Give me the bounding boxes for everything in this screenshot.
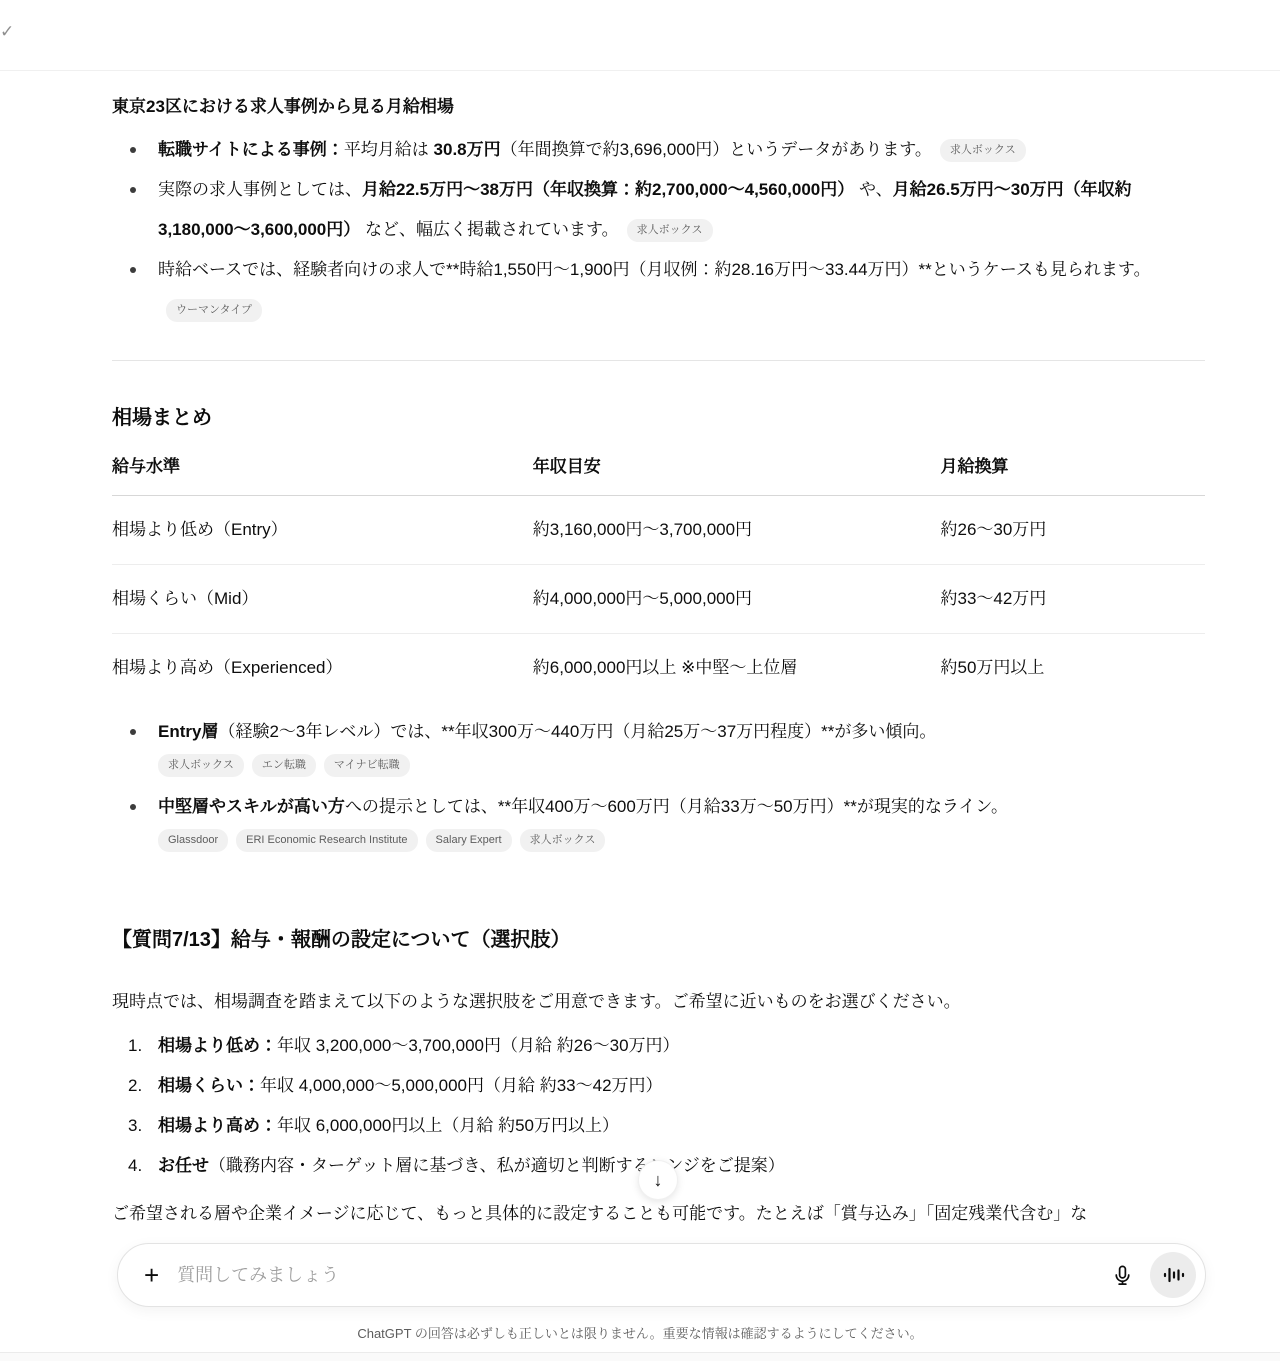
bullet-text: や、	[854, 180, 892, 199]
plus-icon: +	[144, 1260, 159, 1290]
summary-bullet-list: Entry層（経験2～3年レベル）では、**年収300万～440万円（月給25万…	[112, 718, 1205, 852]
option-label: 相場くらい：	[158, 1076, 260, 1095]
bullet-text: （年間換算で約3,696,000円）というデータがあります。	[501, 140, 932, 159]
column-header: 給与水準	[112, 445, 533, 496]
market-summary-table: 給与水準 年収目安 月給換算 相場より低め（Entry） 約3,160,000円…	[112, 445, 1205, 702]
table-cell: 相場くらい（Mid）	[112, 565, 533, 634]
bullet-bold-text: 30.8万円	[434, 140, 501, 159]
list-item: 実際の求人事例としては、月給22.5万円～38万円（年収換算：約2,700,00…	[112, 170, 1205, 250]
option-number: 2.	[128, 1066, 142, 1106]
bullet-bold-text: 中堅層やスキルが高い方	[158, 797, 345, 816]
column-header: 年収目安	[533, 445, 941, 496]
option-item: 1.相場より低め：年収 3,200,000～3,700,000円（月給 約26～…	[112, 1026, 1205, 1066]
bullet-text: など、幅広く掲載されています。	[360, 220, 618, 239]
option-number: 3.	[128, 1106, 142, 1146]
bottom-strip	[0, 1352, 1280, 1361]
assistant-message: 東京23区における求人事例から見る月給相場 転職サイトによる事例：平均月給は 3…	[112, 84, 1205, 1224]
option-label: 相場より低め：	[158, 1036, 277, 1055]
dictate-button[interactable]	[1105, 1258, 1140, 1293]
voice-mode-button[interactable]	[1150, 1252, 1196, 1298]
table-row: 相場より低め（Entry） 約3,160,000円～3,700,000円 約26…	[112, 496, 1205, 565]
option-label: 相場より高め：	[158, 1116, 277, 1135]
table-cell: 約6,000,000円以上 ※中堅～上位層	[533, 634, 941, 703]
table-cell: 約26～30万円	[940, 496, 1205, 565]
bullet-text: への提示としては、**年収400万～600万円（月給33万～50万円）**が現実…	[345, 797, 1008, 816]
scroll-to-bottom-button[interactable]: ↓	[638, 1160, 678, 1200]
table-cell: 約3,160,000円～3,700,000円	[533, 496, 941, 565]
table-cell: 約33～42万円	[940, 565, 1205, 634]
source-badge[interactable]: Glassdoor	[158, 829, 228, 852]
column-header: 月給換算	[940, 445, 1205, 496]
source-badge[interactable]: 求人ボックス	[520, 829, 606, 852]
attach-button[interactable]: +	[140, 1262, 163, 1288]
source-badge[interactable]: ウーマンタイプ	[166, 299, 262, 322]
arrow-down-icon: ↓	[654, 1170, 663, 1191]
option-text: 年収 6,000,000円以上（月給 約50万円以上）	[277, 1116, 619, 1135]
bullet-bold-text: 転職サイトによる事例：	[158, 140, 344, 159]
section-heading-summary: 相場まとめ	[112, 403, 1205, 433]
option-label: お任せ	[158, 1156, 209, 1175]
bullet-text: 平均月給は	[344, 140, 434, 159]
microphone-icon	[1111, 1264, 1134, 1287]
section-heading-question: 【質問7/13】給与・報酬の設定について（選択肢）	[112, 924, 1205, 956]
source-badge[interactable]: ERI Economic Research Institute	[236, 829, 417, 852]
table-cell: 相場より低め（Entry）	[112, 496, 533, 565]
bullet-text: （経験2～3年レベル）では、**年収300万～440万円（月給25万～37万円程…	[218, 722, 936, 741]
market-bullet-list: 転職サイトによる事例：平均月給は 30.8万円（年間換算で約3,696,000円…	[112, 130, 1205, 330]
bullet-text: 時給ベースでは、経験者向けの求人で**時給1,550円～1,900円（月収例：約…	[158, 260, 1151, 279]
source-badge[interactable]: 求人ボックス	[158, 754, 244, 777]
list-item: 時給ベースでは、経験者向けの求人で**時給1,550円～1,900円（月収例：約…	[112, 250, 1205, 330]
source-badge[interactable]: 求人ボックス	[627, 219, 713, 242]
option-text: （職務内容・ターゲット層に基づき、私が適切と判断するレンジをご提案）	[209, 1156, 785, 1175]
check-icon: ✓	[0, 22, 14, 42]
source-badge-row: 求人ボックス エン転職 マイナビ転職	[158, 754, 1205, 777]
message-composer[interactable]: +	[117, 1243, 1206, 1307]
section-heading-monthly-market: 東京23区における求人事例から見る月給相場	[112, 92, 1205, 122]
table-header-row: 給与水準 年収目安 月給換算	[112, 445, 1205, 496]
source-badge[interactable]: マイナビ転職	[324, 754, 410, 777]
top-divider	[0, 70, 1280, 71]
table-row: 相場より高め（Experienced） 約6,000,000円以上 ※中堅～上位…	[112, 634, 1205, 703]
option-item: 2.相場くらい：年収 4,000,000～5,000,000円（月給 約33～4…	[112, 1066, 1205, 1106]
option-number: 4.	[128, 1146, 142, 1186]
source-badge[interactable]: エン転職	[252, 754, 316, 777]
table-cell: 約4,000,000円～5,000,000円	[533, 565, 941, 634]
table-cell: 約50万円以上	[940, 634, 1205, 703]
source-badge-row: Glassdoor ERI Economic Research Institut…	[158, 829, 1205, 852]
bullet-bold-text: Entry層	[158, 722, 218, 741]
list-item: 転職サイトによる事例：平均月給は 30.8万円（年間換算で約3,696,000円…	[112, 130, 1205, 170]
section-divider	[112, 360, 1205, 361]
source-badge[interactable]: 求人ボックス	[940, 139, 1026, 162]
table-cell: 相場より高め（Experienced）	[112, 634, 533, 703]
option-number: 1.	[128, 1026, 142, 1066]
bullet-text: 実際の求人事例としては、	[158, 180, 362, 199]
option-text: 年収 3,200,000～3,700,000円（月給 約26～30万円）	[277, 1036, 680, 1055]
option-text: 年収 4,000,000～5,000,000円（月給 約33～42万円）	[260, 1076, 663, 1095]
message-input[interactable]	[177, 1265, 1105, 1286]
list-item: Entry層（経験2～3年レベル）では、**年収300万～440万円（月給25万…	[112, 718, 1205, 777]
disclaimer-text: ChatGPT の回答は必ずしも正しいとは限りません。重要な情報は確認するように…	[0, 1323, 1280, 1342]
option-item: 3.相場より高め：年収 6,000,000円以上（月給 約50万円以上）	[112, 1106, 1205, 1146]
source-badge[interactable]: Salary Expert	[426, 829, 512, 852]
bullet-bold-text: 月給22.5万円～38万円（年収換算：約2,700,000～4,560,000円…	[362, 180, 854, 199]
table-row: 相場くらい（Mid） 約4,000,000円～5,000,000円 約33～42…	[112, 565, 1205, 634]
voice-waveform-icon	[1161, 1263, 1185, 1287]
list-item: 中堅層やスキルが高い方への提示としては、**年収400万～600万円（月給33万…	[112, 793, 1205, 852]
question-intro-paragraph: 現時点では、相場調査を踏まえて以下のような選択肢をご用意できます。ご希望に近いも…	[112, 988, 1205, 1016]
